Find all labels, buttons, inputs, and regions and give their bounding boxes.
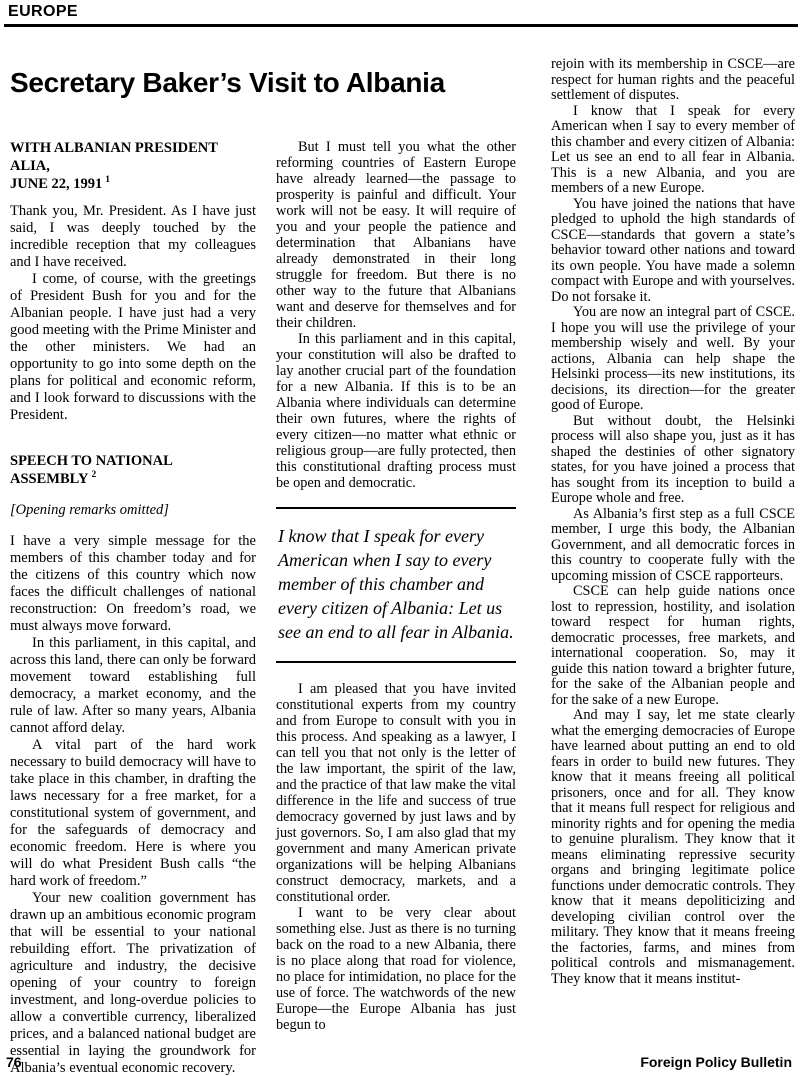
- paragraph: I come, of course, with the greetings of…: [10, 271, 256, 424]
- header-rule: [4, 24, 798, 27]
- paragraph: You are now an integral part of CSCE. I …: [551, 305, 795, 414]
- paragraph: A vital part of the hard work necessary …: [10, 737, 256, 890]
- paragraph: But I must tell you what the other refor…: [276, 139, 516, 331]
- paragraph: Thank you, Mr. President. As I have just…: [10, 203, 256, 271]
- paragraph: But without doubt, the Helsinki process …: [551, 414, 795, 507]
- paragraph: You have joined the nations that have pl…: [551, 197, 795, 306]
- subheading-meeting-line2: JUNE 22, 1991: [10, 176, 102, 192]
- paragraph: I know that I speak for every American w…: [551, 104, 795, 197]
- column-1: WITH ALBANIAN PRESIDENT ALIA,JUNE 22, 19…: [10, 139, 256, 1076]
- section-header: EUROPE: [8, 3, 78, 21]
- document-page: EUROPE Secretary Baker’s Visit to Albani…: [0, 0, 800, 1076]
- footnote-marker-1: 1: [105, 175, 110, 185]
- paragraph: CSCE can help guide nations once lost to…: [551, 584, 795, 708]
- paragraph: And may I say, let me state clearly what…: [551, 708, 795, 987]
- paragraph: rejoin with its membership in CSCE—are r…: [551, 57, 795, 104]
- page-footer: 76 Foreign Policy Bulletin: [6, 1054, 792, 1070]
- section-label: EUROPE: [8, 3, 78, 20]
- article-body: Secretary Baker’s Visit to Albania WITH …: [10, 57, 795, 1076]
- editorial-note: [Opening remarks omitted]: [10, 502, 256, 519]
- pull-quote-text: I know that I speak for every American w…: [278, 524, 514, 644]
- columns-1-2: WITH ALBANIAN PRESIDENT ALIA,JUNE 22, 19…: [10, 139, 516, 1076]
- footnote-marker-2: 2: [91, 470, 96, 480]
- paragraph: I want to be very clear about something …: [276, 905, 516, 1033]
- footer-page-number: 76: [6, 1054, 22, 1070]
- subheading-meeting: WITH ALBANIAN PRESIDENT ALIA,JUNE 22, 19…: [10, 139, 256, 193]
- paragraph: I have a very simple message for the mem…: [10, 533, 256, 635]
- subheading-speech: SPEECH TO NATIONALASSEMBLY2: [10, 452, 256, 488]
- subheading-speech-line1: SPEECH TO NATIONAL: [10, 453, 173, 469]
- paragraph: I am pleased that you have invited const…: [276, 681, 516, 905]
- paragraph: In this parliament, in this capital, and…: [10, 635, 256, 737]
- paragraph: In this parliament and in this capital, …: [276, 331, 516, 491]
- column-3: rejoin with its membership in CSCE—are r…: [551, 57, 795, 1076]
- pull-quote: I know that I speak for every American w…: [276, 507, 516, 663]
- paragraph: Your new coalition government has drawn …: [10, 890, 256, 1076]
- article-left-region: Secretary Baker’s Visit to Albania WITH …: [10, 57, 516, 1076]
- subheading-speech-line2: ASSEMBLY: [10, 471, 88, 487]
- paragraph: As Albania’s first step as a full CSCE m…: [551, 507, 795, 585]
- article-title: Secretary Baker’s Visit to Albania: [10, 67, 516, 99]
- subheading-meeting-line1: WITH ALBANIAN PRESIDENT ALIA,: [10, 140, 218, 174]
- column-2: But I must tell you what the other refor…: [276, 139, 516, 1076]
- footer-publication: Foreign Policy Bulletin: [640, 1054, 792, 1070]
